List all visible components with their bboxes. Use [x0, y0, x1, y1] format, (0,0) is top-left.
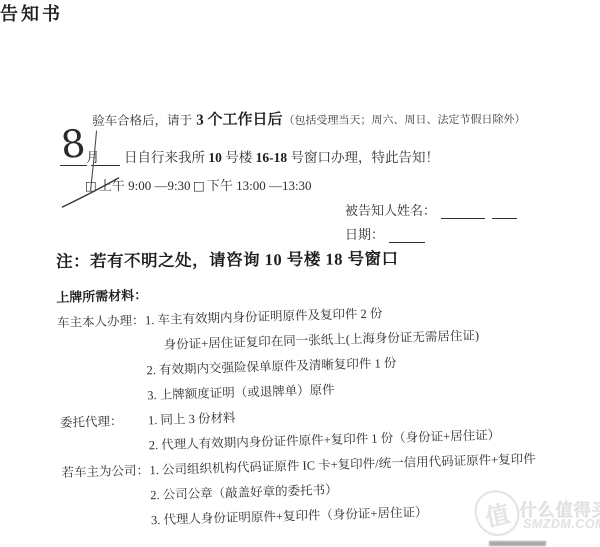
section-label: 委托代理： — [60, 408, 149, 461]
section-items: 1. 车主有效期内身份证明原件及复印件 2 份 身份证+居住证复印在同一张纸上(… — [145, 296, 570, 408]
date-field-label: 日期： — [345, 224, 384, 243]
morning-period-label: 上午 — [99, 178, 125, 193]
morning-time-range: 9:00 —9:30 — [128, 178, 190, 193]
time-option-afternoon: □下午 13:00 —13:30 — [193, 175, 312, 194]
smzdm-logo-icon: 值 — [471, 486, 524, 540]
date-blank-underline — [389, 228, 425, 243]
time-option-morning: □上午 9:00 —9:30 — [85, 175, 191, 194]
name-field-label: 被告知人姓名： — [345, 200, 436, 219]
notified-person-name-field: 被告知人姓名： — [345, 200, 517, 219]
section-owner-in-person: 车主本人办理： 1. 车主有效期内身份证明原件及复印件 2 份 身份证+居住证复… — [57, 296, 570, 411]
watermark: 值 什么值得买 SMZDM.COM — [468, 488, 600, 544]
handwritten-month-value: 8 — [59, 124, 87, 164]
morning-checkbox-icon: □ — [85, 178, 97, 193]
name-blank-underline-short — [492, 204, 517, 219]
text-before-building: 自行来我所 — [138, 150, 209, 165]
section-label: 若车主为公司： — [61, 458, 151, 536]
date-field: 日期： — [345, 224, 425, 243]
month-label: 月 — [86, 146, 100, 166]
intro-emphasis: 3 个工作日后 — [195, 112, 283, 128]
afternoon-checkbox-icon: □ — [193, 178, 205, 193]
day-label: 日 — [124, 150, 138, 165]
photo-edge-artifact — [489, 541, 546, 546]
date-line-text: 日自行来我所 10 号楼 16-18 号窗口办理，特此告知！ — [124, 146, 439, 166]
text-after: 号窗口办理，特此告知！ — [287, 150, 439, 165]
watermark-site-text: SMZDM.COM — [523, 517, 600, 531]
note-line: 注：若有不明之处，请咨询 10 号楼 18 号窗口 — [56, 245, 399, 272]
intro-prefix: 验车合格后，请于 — [92, 113, 195, 128]
window-number: 16-18 — [256, 150, 288, 165]
document-title: 告知书 — [0, 0, 63, 26]
name-blank-underline-long — [441, 204, 485, 219]
building-number: 10 — [208, 150, 222, 165]
intro-parenthetical: （包括受理当天；周六、周日、法定节假日除外） — [283, 114, 525, 127]
scanned-notice-document: 告知书 验车合格后，请于 3 个工作日后（包括受理当天；周六、周日、法定节假日除… — [0, 0, 600, 547]
section-label: 车主本人办理： — [57, 308, 148, 411]
afternoon-time-range: 13:00 —13:30 — [236, 178, 311, 193]
smzdm-logo-character: 值 — [482, 493, 513, 532]
afternoon-period-label: 下午 — [207, 178, 233, 193]
text-between: 号楼 — [222, 150, 256, 165]
intro-line: 验车合格后，请于 3 个工作日后（包括受理当天；周六、周日、法定节假日除外） — [92, 107, 526, 130]
